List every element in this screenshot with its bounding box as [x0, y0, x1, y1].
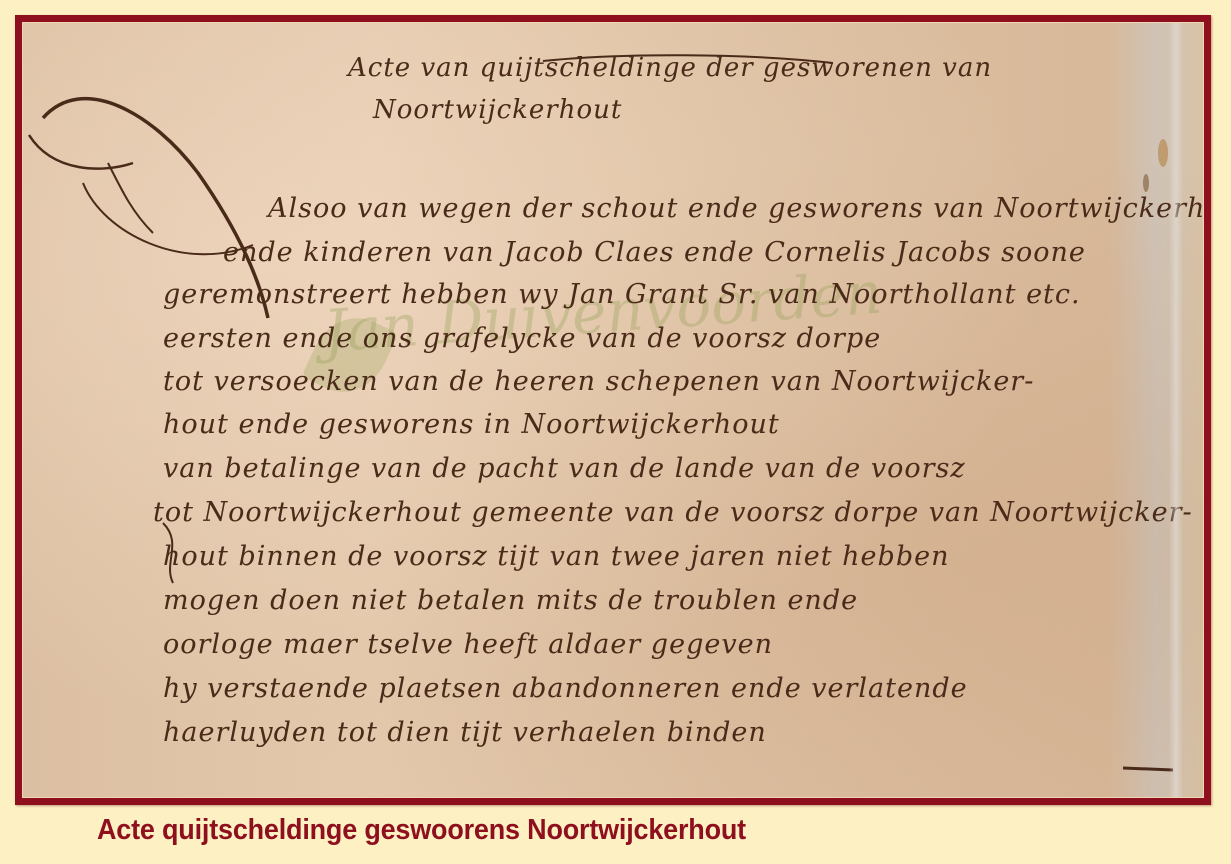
body-line: hout ende gesworens in Noortwijckerhout [163, 409, 780, 440]
body-line: hout binnen de voorsz tijt van twee jare… [163, 541, 949, 572]
body-line: geremonstreert hebben wy Jan Grant Sr. v… [163, 279, 1081, 310]
body-line: oorloge maer tselve heeft aldaer gegeven [163, 629, 773, 660]
body-line: van betalinge van de pacht van de lande … [163, 453, 966, 484]
heading-line: Acte van quijtscheldinge der gesworenen … [348, 53, 992, 83]
body-line: Alsoo van wegen der schout ende gesworen… [268, 193, 1204, 224]
body-line: eersten ende ons grafelycke van de voors… [163, 323, 881, 354]
body-line: mogen doen niet betalen mits de troublen… [163, 585, 858, 616]
body-line: ende kinderen van Jacob Claes ende Corne… [223, 237, 1086, 268]
manuscript-photo: Jan Duivenvoorden Acte van quijtscheldin… [22, 22, 1204, 798]
photo-frame: Jan Duivenvoorden Acte van quijtscheldin… [15, 15, 1211, 805]
image-caption: Acte quijtscheldinge geswoorens Noortwij… [97, 814, 746, 847]
body-line: haerluyden tot dien tijt verhaelen binde… [163, 717, 767, 748]
heading-line: Noortwijckerhout [373, 95, 622, 125]
body-line: hy verstaende plaetsen abandonneren ende… [163, 673, 968, 704]
body-line: tot Noortwijckerhout gemeente van de voo… [153, 497, 1193, 528]
body-line: tot versoecken van de heeren schepenen v… [163, 366, 1034, 397]
